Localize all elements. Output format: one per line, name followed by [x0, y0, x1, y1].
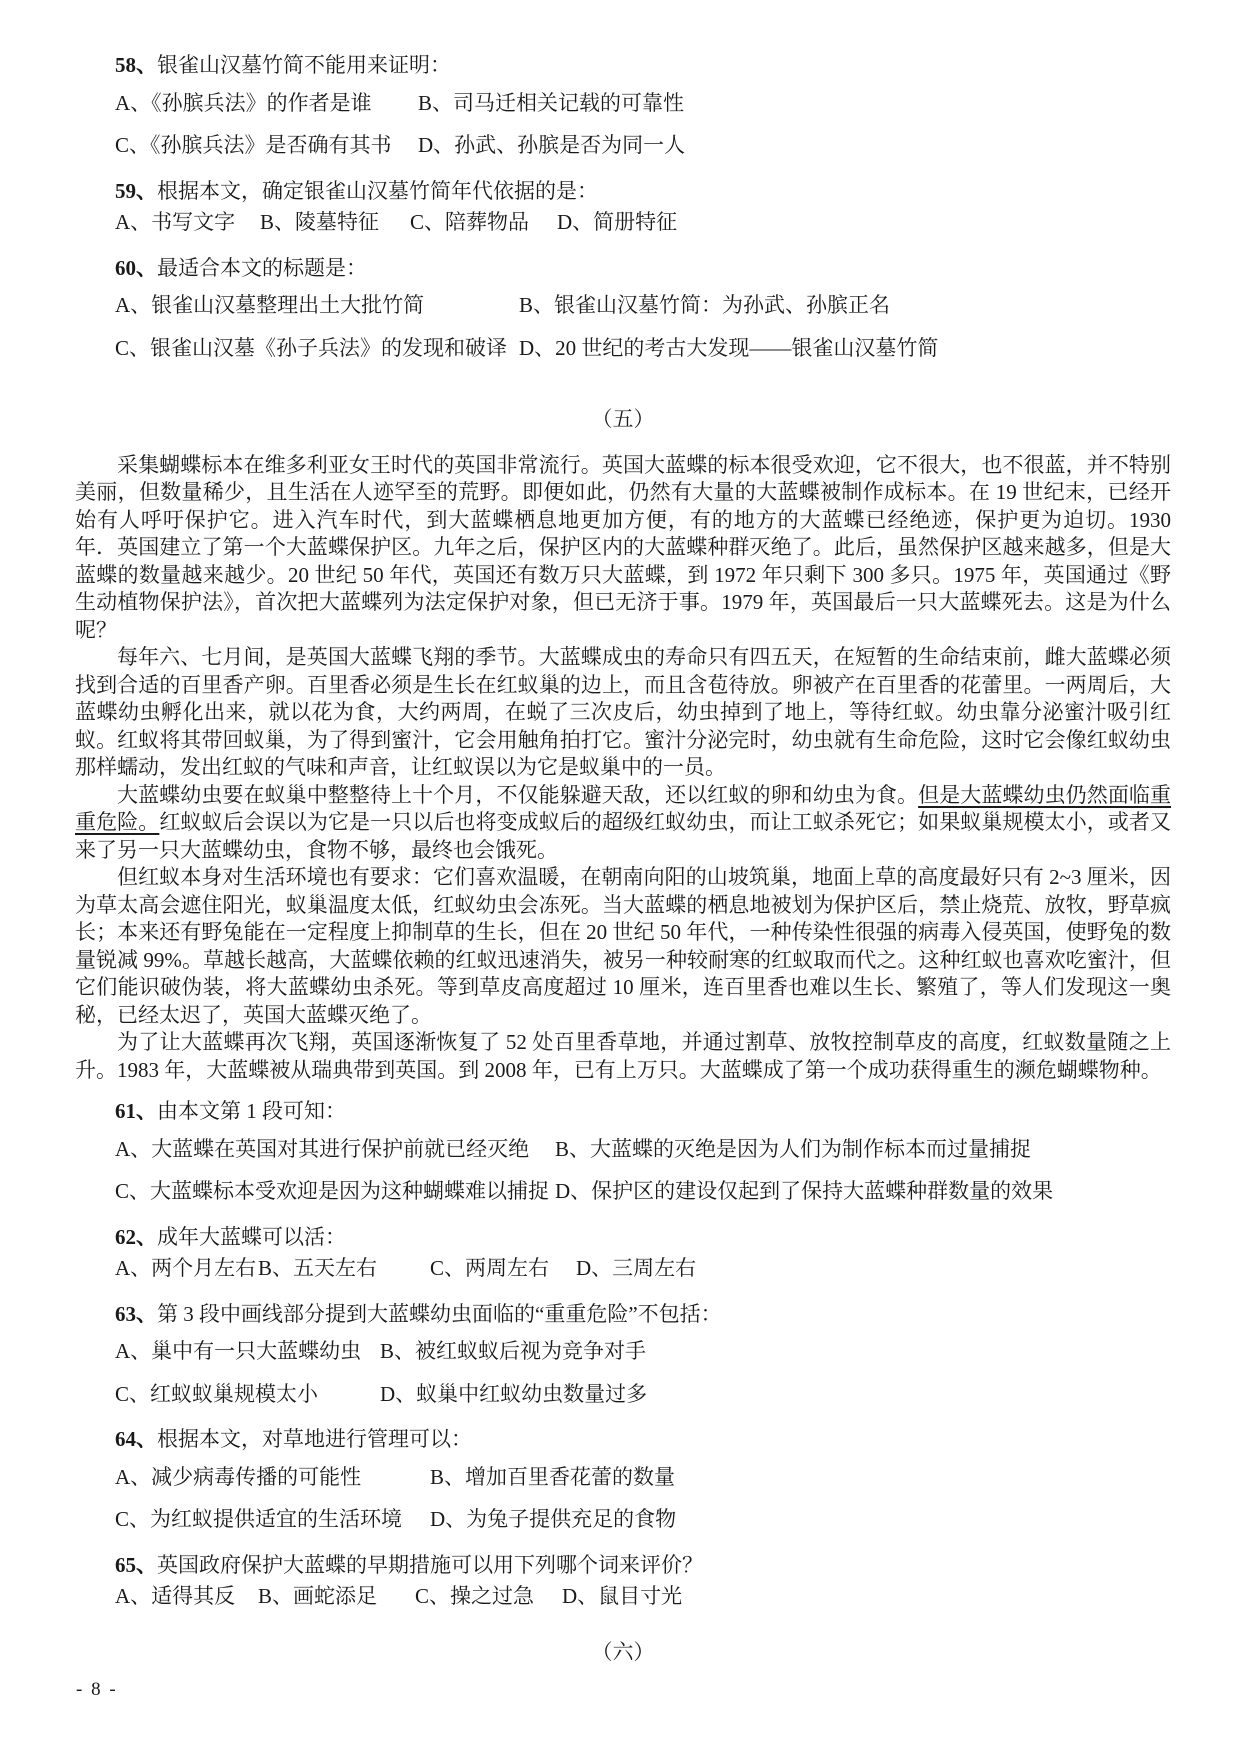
option-61-a: A、大蓝蝶在英国对其进行保护前就已经灭绝	[115, 1136, 555, 1164]
question-60-number: 60、	[115, 256, 157, 280]
question-61-stem: 61、由本文第 1 段可知：	[115, 1098, 1171, 1126]
option-row: C、为红蚁提供适宜的生活环境D、为兔子提供充足的食物	[115, 1506, 1171, 1534]
option-row: A、巢中有一只大蓝蝶幼虫B、被红蚁蚁后视为竞争对手	[115, 1338, 1171, 1366]
option-59-a: A、书写文字	[115, 209, 260, 237]
question-59-number: 59、	[115, 179, 157, 203]
page-number: - 8 -	[76, 1676, 118, 1704]
question-61: 61、由本文第 1 段可知： A、大蓝蝶在英国对其进行保护前就已经灭绝B、大蓝蝶…	[75, 1098, 1171, 1206]
question-59: 59、根据本文，确定银雀山汉墓竹简年代依据的是： A、书写文字B、陵墓特征C、陪…	[75, 178, 1171, 237]
question-65-stem: 65、英国政府保护大蓝蝶的早期措施可以用下列哪个词来评价？	[115, 1552, 1171, 1580]
option-58-c: C、《孙膑兵法》是否确有其书	[115, 132, 418, 160]
option-60-d: D、20 世纪的考古大发现——银雀山汉墓竹简	[519, 335, 938, 363]
question-62-stem: 62、成年大蓝蝶可以活：	[115, 1224, 1171, 1252]
question-63-number: 63、	[115, 1302, 157, 1326]
question-62-number: 62、	[115, 1225, 157, 1249]
question-58-stem: 58、银雀山汉墓竹简不能用来证明：	[115, 52, 1171, 80]
question-63-stem: 63、第 3 段中画线部分提到大蓝蝶幼虫面临的“重重危险”不包括：	[115, 1301, 1171, 1329]
option-63-b: B、被红蚁蚁后视为竞争对手	[380, 1338, 646, 1366]
option-row: C、红蚁蚁巢规模太小D、蚁巢中红蚁幼虫数量过多	[115, 1381, 1171, 1409]
paragraph-3-before: 大蓝蝶幼虫要在蚁巢中整整待上十个月，不仅能躲避天敌，还以红蚁的卵和幼虫为食。	[117, 783, 918, 807]
option-row: A、减少病毒传播的可能性B、增加百里香花蕾的数量	[115, 1464, 1171, 1492]
question-61-number: 61、	[115, 1099, 157, 1123]
option-59-d: D、简册特征	[557, 209, 677, 237]
passage-paragraph-5: 为了让大蓝蝶再次飞翔，英国逐渐恢复了 52 处百里香草地，并通过割草、放牧控制草…	[75, 1029, 1171, 1084]
option-row: A、大蓝蝶在英国对其进行保护前就已经灭绝B、大蓝蝶的灭绝是因为人们为制作标本而过…	[115, 1136, 1171, 1164]
option-62-c: C、两周左右	[430, 1255, 576, 1283]
option-64-d: D、为兔子提供充足的食物	[430, 1506, 676, 1534]
option-61-d: D、保护区的建设仅起到了保持大蓝蝶种群数量的效果	[555, 1178, 1053, 1206]
section-five-heading: （五）	[75, 406, 1171, 434]
option-63-a: A、巢中有一只大蓝蝶幼虫	[115, 1338, 380, 1366]
option-61-c: C、大蓝蝶标本受欢迎是因为这种蝴蝶难以捕捉	[115, 1178, 555, 1206]
option-row: A、两个月左右B、五天左右C、两周左右D、三周左右	[115, 1255, 1171, 1283]
passage-paragraph-2: 每年六、七月间，是英国大蓝蝶飞翔的季节。大蓝蝶成虫的寿命只有四五天，在短暂的生命…	[75, 644, 1171, 782]
question-58-number: 58、	[115, 53, 157, 77]
option-62-b: B、五天左右	[258, 1255, 430, 1283]
option-63-c: C、红蚁蚁巢规模太小	[115, 1381, 380, 1409]
option-60-a: A、银雀山汉墓整理出土大批竹简	[115, 292, 519, 320]
option-59-b: B、陵墓特征	[260, 209, 410, 237]
question-64-stem: 64、根据本文，对草地进行管理可以：	[115, 1426, 1171, 1454]
option-65-d: D、鼠目寸光	[562, 1583, 682, 1611]
option-row: C、《孙膑兵法》是否确有其书D、孙武、孙膑是否为同一人	[115, 132, 1171, 160]
question-63: 63、第 3 段中画线部分提到大蓝蝶幼虫面临的“重重危险”不包括： A、巢中有一…	[75, 1301, 1171, 1409]
option-65-c: C、操之过急	[415, 1583, 562, 1611]
reading-passage: 采集蝴蝶标本在维多利亚女王时代的英国非常流行。英国大蓝蝶的标本很受欢迎，它不很大…	[75, 452, 1171, 1085]
option-58-d: D、孙武、孙膑是否为同一人	[418, 132, 685, 160]
question-64-text: 根据本文，对草地进行管理可以：	[157, 1427, 472, 1451]
passage-paragraph-4: 但红蚁本身对生活环境也有要求：它们喜欢温暖，在朝南向阳的山坡筑巢，地面上草的高度…	[75, 864, 1171, 1029]
question-59-stem: 59、根据本文，确定银雀山汉墓竹简年代依据的是：	[115, 178, 1171, 206]
option-62-a: A、两个月左右	[115, 1255, 258, 1283]
section-six-heading: （六）	[75, 1639, 1171, 1667]
question-61-text: 由本文第 1 段可知：	[157, 1099, 346, 1123]
passage-paragraph-3: 大蓝蝶幼虫要在蚁巢中整整待上十个月，不仅能躲避天敌，还以红蚁的卵和幼虫为食。但是…	[75, 782, 1171, 865]
passage-questions: 61、由本文第 1 段可知： A、大蓝蝶在英国对其进行保护前就已经灭绝B、大蓝蝶…	[75, 1098, 1171, 1611]
option-60-b: B、银雀山汉墓竹简：为孙武、孙膑正名	[519, 292, 890, 320]
option-row: A、书写文字B、陵墓特征C、陪葬物品D、简册特征	[115, 209, 1171, 237]
option-63-d: D、蚁巢中红蚁幼虫数量过多	[380, 1381, 647, 1409]
exam-page: 58、银雀山汉墓竹简不能用来证明： A、《孙膑兵法》的作者是谁B、司马迁相关记载…	[0, 0, 1241, 1754]
question-59-text: 根据本文，确定银雀山汉墓竹简年代依据的是：	[157, 179, 598, 203]
question-58: 58、银雀山汉墓竹简不能用来证明： A、《孙膑兵法》的作者是谁B、司马迁相关记载…	[75, 52, 1171, 160]
question-58-text: 银雀山汉墓竹简不能用来证明：	[157, 53, 451, 77]
option-row: A、银雀山汉墓整理出土大批竹简B、银雀山汉墓竹简：为孙武、孙膑正名	[115, 292, 1171, 320]
question-62-text: 成年大蓝蝶可以活：	[157, 1225, 346, 1249]
option-61-b: B、大蓝蝶的灭绝是因为人们为制作标本而过量捕捉	[555, 1136, 1031, 1164]
option-64-c: C、为红蚁提供适宜的生活环境	[115, 1506, 430, 1534]
option-64-b: B、增加百里香花蕾的数量	[430, 1464, 675, 1492]
question-65-number: 65、	[115, 1553, 157, 1577]
question-60-text: 最适合本文的标题是：	[157, 256, 367, 280]
option-row: A、适得其反B、画蛇添足C、操之过急D、鼠目寸光	[115, 1583, 1171, 1611]
option-58-a: A、《孙膑兵法》的作者是谁	[115, 90, 418, 118]
option-59-c: C、陪葬物品	[410, 209, 557, 237]
question-60: 60、最适合本文的标题是： A、银雀山汉墓整理出土大批竹简B、银雀山汉墓竹简：为…	[75, 255, 1171, 363]
paragraph-3-after: 红蚁蚁后会误以为它是一只以后也将变成蚁后的超级红蚁幼虫，而让工蚁杀死它；如果蚁巢…	[75, 810, 1171, 862]
option-row: C、银雀山汉墓《孙子兵法》的发现和破译D、20 世纪的考古大发现——银雀山汉墓竹…	[115, 335, 1171, 363]
option-64-a: A、减少病毒传播的可能性	[115, 1464, 430, 1492]
option-58-b: B、司马迁相关记载的可靠性	[418, 90, 684, 118]
option-60-c: C、银雀山汉墓《孙子兵法》的发现和破译	[115, 335, 519, 363]
option-65-a: A、适得其反	[115, 1583, 258, 1611]
question-65-text: 英国政府保护大蓝蝶的早期措施可以用下列哪个词来评价？	[157, 1553, 703, 1577]
option-row: A、《孙膑兵法》的作者是谁B、司马迁相关记载的可靠性	[115, 90, 1171, 118]
option-65-b: B、画蛇添足	[258, 1583, 415, 1611]
question-64-number: 64、	[115, 1427, 157, 1451]
question-64: 64、根据本文，对草地进行管理可以： A、减少病毒传播的可能性B、增加百里香花蕾…	[75, 1426, 1171, 1534]
question-60-stem: 60、最适合本文的标题是：	[115, 255, 1171, 283]
option-row: C、大蓝蝶标本受欢迎是因为这种蝴蝶难以捕捉D、保护区的建设仅起到了保持大蓝蝶种群…	[115, 1178, 1171, 1206]
question-63-text: 第 3 段中画线部分提到大蓝蝶幼虫面临的“重重危险”不包括：	[157, 1302, 722, 1326]
question-65: 65、英国政府保护大蓝蝶的早期措施可以用下列哪个词来评价？ A、适得其反B、画蛇…	[75, 1552, 1171, 1611]
question-62: 62、成年大蓝蝶可以活： A、两个月左右B、五天左右C、两周左右D、三周左右	[75, 1224, 1171, 1283]
option-62-d: D、三周左右	[576, 1255, 696, 1283]
passage-paragraph-1: 采集蝴蝶标本在维多利亚女王时代的英国非常流行。英国大蓝蝶的标本很受欢迎，它不很大…	[75, 452, 1171, 645]
